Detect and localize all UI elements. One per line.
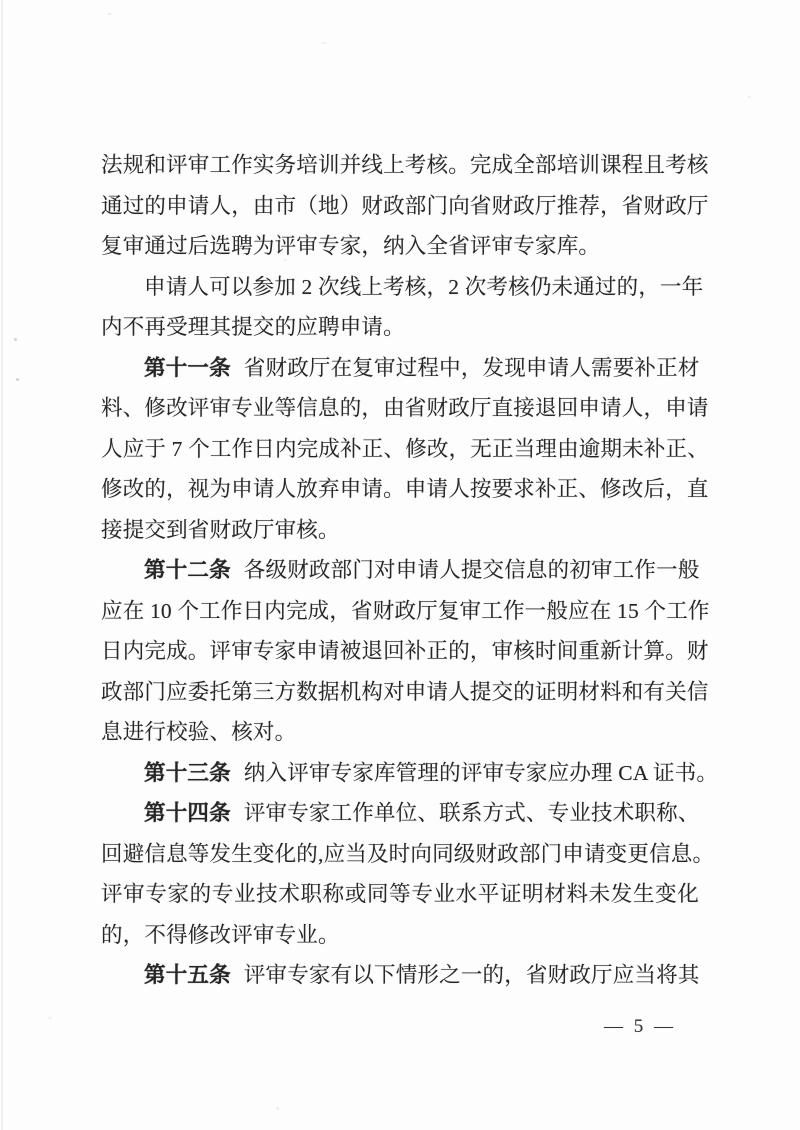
document-body: 法规和评审工作实务培训并线上考核。完成全部培训课程且考核通过的申请人，由市（地）… (101, 145, 699, 996)
text-line: 通过的申请人，由市（地）财政部门向省财政厅推荐，省财政厅 (101, 186, 699, 227)
article-number: 第十四条 (144, 801, 231, 825)
text-line: 第十一条省财政厅在复审过程中，发现申请人需要补正材 (101, 348, 699, 389)
text-line: 评审专家的专业技术职称或同等专业水平证明材料未发生变化 (101, 874, 699, 915)
text-line: 内不再受理其提交的应聘申请。 (101, 307, 699, 348)
text-line: 料、修改评审专业等信息的，由省财政厅直接退回申请人，申请 (101, 388, 699, 429)
scan-speck (322, 42, 326, 44)
scan-speck (748, 96, 751, 98)
text-line: 法规和评审工作实务培训并线上考核。完成全部培训课程且考核 (101, 145, 699, 186)
text-line: 第十三条纳入评审专家库管理的评审专家应办理 CA 证书。 (101, 753, 699, 794)
scan-edge-artifact (1, 0, 3, 1130)
article-number: 第十五条 (144, 963, 231, 987)
document-page: 法规和评审工作实务培训并线上考核。完成全部培训课程且考核通过的申请人，由市（地）… (0, 0, 800, 1130)
text-line: 日内完成。评审专家申请被退回补正的，审核时间重新计算。财 (101, 631, 699, 672)
scan-speck (108, 13, 111, 15)
text-line: 第十五条评审专家有以下情形之一的，省财政厅应当将其 (101, 955, 699, 996)
text-line: 人应于 7 个工作日内完成补正、修改，无正当理由逾期未补正、 (101, 429, 699, 470)
scan-speck (14, 338, 17, 341)
scan-speck (276, 1107, 279, 1110)
scan-speck (16, 378, 19, 381)
text-line: 的，不得修改评审专业。 (101, 915, 699, 956)
article-number: 第十三条 (144, 761, 231, 785)
text-line: 应在 10 个工作日内完成，省财政厅复审工作一般应在 15 个工作 (101, 591, 699, 632)
text-line: 息进行校验、核对。 (101, 712, 699, 753)
text-line: 修改的，视为申请人放弃申请。申请人按要求补正、修改后，直 (101, 469, 699, 510)
text-line: 第十四条评审专家工作单位、联系方式、专业技术职称、 (101, 793, 699, 834)
text-line: 复审通过后选聘为评审专家，纳入全省评审专家库。 (101, 226, 699, 267)
scan-speck (48, 1017, 52, 1019)
article-number: 第十二条 (144, 558, 231, 582)
text-line: 政部门应委托第三方数据机构对申请人提交的证明材料和有关信 (101, 672, 699, 713)
text-line: 第十二条各级财政部门对申请人提交信息的初审工作一般 (101, 550, 699, 591)
text-line: 回避信息等发生变化的,应当及时向同级财政部门申请变更信息。 (101, 834, 699, 875)
text-line: 申请人可以参加 2 次线上考核，2 次考核仍未通过的，一年 (101, 267, 699, 308)
text-line: 接提交到省财政厅审核。 (101, 510, 699, 551)
page-number: — 5 — (598, 1016, 682, 1038)
article-number: 第十一条 (144, 356, 231, 380)
